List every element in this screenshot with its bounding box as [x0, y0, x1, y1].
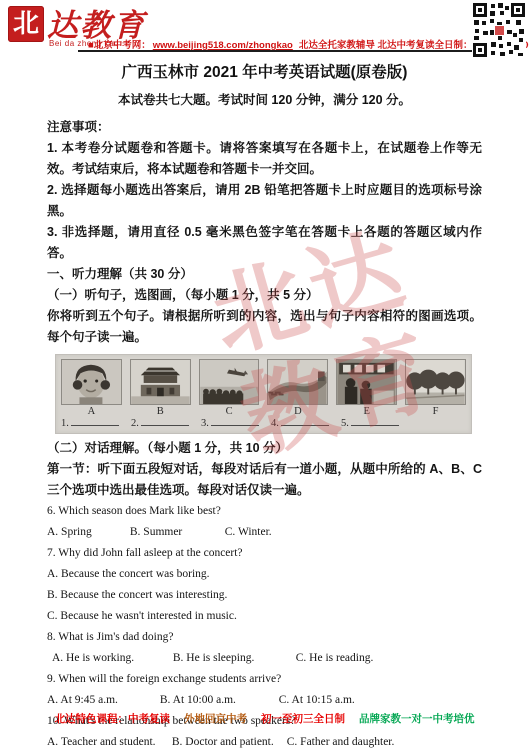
answer-blank-2: 2.: [131, 417, 201, 429]
option-9b: B. At 10:00 a.m.: [160, 690, 276, 711]
option-10a: A. Teacher and student.: [47, 732, 169, 749]
notice-item-2: 2. 选择题每小题选出答案后，请用 2B 铅笔把答题卡上时应题目的选项标号涂黑。: [47, 180, 482, 222]
footer-segment-4: 品牌家教一对一中考培优: [359, 713, 475, 725]
qr-code-icon: [472, 2, 526, 58]
picture-label-e: E: [336, 406, 397, 417]
part-1-instruction: 你将听到五个句子。请根据所听到的内容，选出与句子内容相符的图画选项。每个句子读一…: [47, 306, 482, 348]
picture-label-f: F: [405, 406, 466, 417]
question-6-options: A. Spring B. Summer C. Winter.: [47, 522, 482, 543]
option-7a: A. Because the concert was boring.: [47, 564, 482, 585]
option-10c: C. Father and daughter.: [287, 732, 395, 749]
option-10b: B. Doctor and patient.: [172, 732, 284, 749]
option-8b: B. He is sleeping.: [173, 648, 293, 669]
option-8c: C. He is reading.: [296, 648, 374, 669]
page-title: 广西玉林市 2021 年中考英语试题(原卷版): [0, 60, 529, 82]
question-10-options: A. Teacher and student. B. Doctor and pa…: [47, 732, 482, 749]
header-divider: [78, 50, 472, 52]
question-8-options: A. He is working. B. He is sleeping. C. …: [47, 648, 482, 669]
picture-label-c: C: [199, 406, 260, 417]
picture-label-a: A: [61, 406, 122, 417]
picture-label-row: A B C D E F: [61, 406, 466, 417]
answer-blank-row: 1. 2. 3. 4. 5.: [61, 417, 466, 429]
photo-airport-plane: [199, 359, 260, 405]
section-1-heading: 一、听力理解（共 30 分）: [47, 264, 482, 285]
photo-people-indoors: [336, 359, 397, 405]
picture-strip: A B C D E F 1. 2. 3. 4. 5.: [55, 354, 472, 434]
question-9-options: A. At 9:45 a.m. B. At 10:00 a.m. C. At 1…: [47, 690, 482, 711]
footer-segment-3: 初一至初三全日制: [261, 713, 345, 725]
notice-item-3: 3. 非选择题，请用直径 0.5 毫米黑色签字笔在答题卡上各题的答题区域内作答。: [47, 222, 482, 264]
part-1-heading: （一）听句子，选图画，（每小题 1 分，共 5 分）: [47, 285, 482, 306]
option-7b: B. Because the concert was interesting.: [47, 585, 482, 606]
answer-blank-1: 1.: [61, 417, 131, 429]
exam-paper-page: 北 达教育 Bei da zhong kao ■北京中考网：www.beijin…: [0, 0, 529, 749]
answer-blank-3: 3.: [201, 417, 271, 429]
answer-blank-5: 5.: [341, 417, 411, 429]
picture-label-d: D: [267, 406, 328, 417]
option-8a: A. He is working.: [52, 648, 170, 669]
footer-segment-2: 外地回京中考: [184, 713, 247, 725]
question-7-text: 7. Why did John fall asleep at the conce…: [47, 543, 482, 564]
option-7c: C. Because he wasn't interested in music…: [47, 606, 482, 627]
brand-seal-logo: 北: [8, 6, 44, 42]
brand-header: 北 达教育 Bei da zhong kao ■北京中考网：www.beijin…: [0, 0, 529, 54]
question-6-text: 6. Which season does Mark like best?: [47, 501, 482, 522]
option-6b: B. Summer: [130, 522, 222, 543]
option-6c: C. Winter.: [225, 522, 272, 543]
footer-segment-1: 北达特色课程：中考复读: [55, 713, 171, 725]
photo-great-wall: [267, 359, 328, 405]
option-9c: C. At 10:15 a.m.: [279, 690, 355, 711]
question-8-text: 8. What is Jim's dad doing?: [47, 627, 482, 648]
footer-course-line: 北达特色课程：中考复读外地回京中考初一至初三全日制品牌家教一对一中考培优: [0, 711, 529, 726]
photo-girl-face: [61, 359, 122, 405]
part-2-heading: （二）对话理解。（每小题 1 分，共 10 分）: [47, 438, 482, 459]
header-contact-line: ■北京中考网：www.beijing518.com/zhongkao北达全托家教…: [88, 37, 529, 51]
question-9-text: 9. When will the foreign exchange studen…: [47, 669, 482, 690]
option-9a: A. At 9:45 a.m.: [47, 690, 157, 711]
answer-blank-4: 4.: [271, 417, 341, 429]
notice-item-1: 1. 本考卷分试题卷和答题卡。请将答案填写在各题卡上，在试题卷上作等无效。考试结…: [47, 138, 482, 180]
picture-label-b: B: [130, 406, 191, 417]
photo-park-trees: [405, 359, 466, 405]
photo-tiananmen-gate: [130, 359, 191, 405]
part-2-instruction: 第一节：听下面五段短对话，每段对话后有一道小题，从题中所给的 A、B、C 三个选…: [47, 459, 482, 501]
option-6a: A. Spring: [47, 522, 127, 543]
exam-subtitle: 本试卷共七大题。考试时间 120 分钟，满分 120 分。: [0, 90, 529, 108]
notices-heading: 注意事项：: [47, 117, 482, 138]
